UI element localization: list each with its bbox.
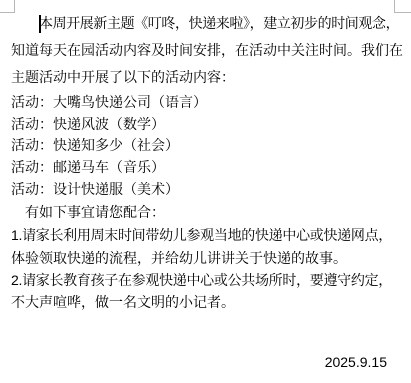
request-line[interactable]: 体验领取快递的流程，并给幼儿讲讲关于快递的故事。 <box>11 247 347 269</box>
activity-line[interactable]: 活动：快递风波（数学） <box>11 113 165 135</box>
activity-line[interactable]: 活动：邮递马车（音乐） <box>11 156 165 178</box>
date[interactable]: 2025.9.15 <box>325 351 387 373</box>
document-page[interactable]: { "page": { "background_color": "#ffffff… <box>0 0 411 383</box>
activity-line[interactable]: 活动：设计快递服（美术） <box>11 178 179 200</box>
request-line[interactable]: 2.请家长教育孩子在参观快递中心或公共场所时，要遵守约定， <box>11 269 392 291</box>
request-line[interactable]: 不大声喧哗，做一名文明的小记者。 <box>11 291 235 313</box>
intro-paragraph-line[interactable]: 知道每天在园活动内容及时间安排，在活动中关注时间。我们在 <box>11 37 403 64</box>
activity-line[interactable]: 活动：快递知多少（社会） <box>11 134 179 156</box>
intro-paragraph-line[interactable]: 本周开展新主题《叮咚，快递来啦》，建立初步的时间观念， <box>11 10 399 37</box>
intro-paragraph-line[interactable]: 主题活动中开展了以下的活动内容： <box>11 64 235 91</box>
request-intro-line[interactable]: 有如下事宜请您配合： <box>11 201 165 223</box>
request-line[interactable]: 1.请家长利用周末时间带幼儿参观当地的快递中心或快递网点， <box>11 224 392 246</box>
activity-line[interactable]: 活动：大嘴鸟快递公司（语言） <box>11 91 207 113</box>
